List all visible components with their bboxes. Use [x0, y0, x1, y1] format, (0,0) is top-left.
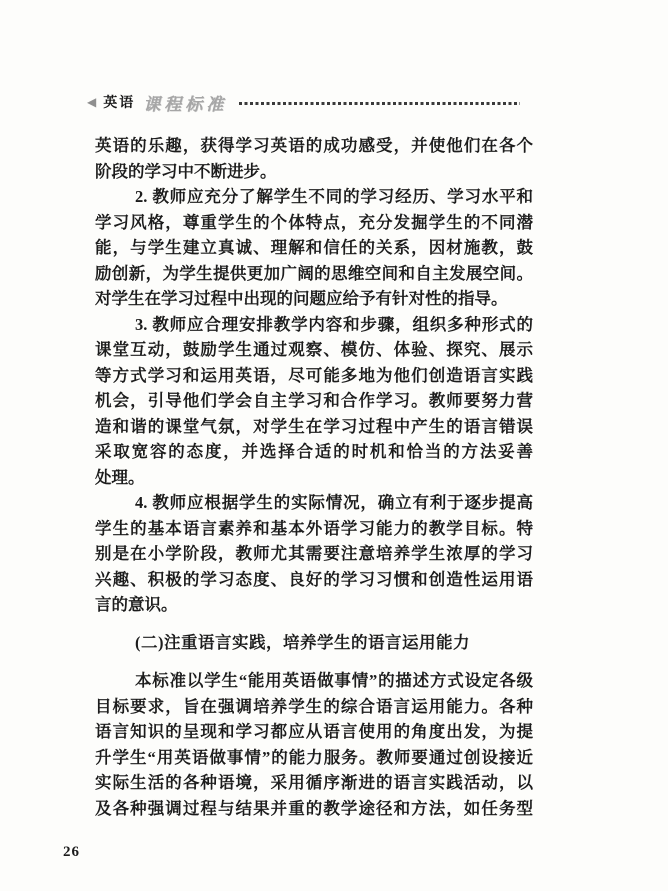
text-line: 实际生活的各种语境，采用循序渐进的语言实践活动，以 — [95, 770, 533, 796]
text-line: 本标准以学生“能用英语做事情”的描述方式设定各级 — [95, 668, 533, 694]
text-line: 语言知识的呈现和学习都应从语言使用的角度出发，为提 — [95, 719, 533, 745]
text-line: 阶段的学习中不断进步。 — [95, 159, 533, 185]
page-number: 26 — [63, 844, 80, 861]
text-line: 学习风格，尊重学生的个体特点，充分发掘学生的不同潜 — [95, 210, 533, 236]
text-line: 2. 教师应充分了解学生不同的学习经历、学习水平和 — [95, 184, 533, 210]
paragraph: 3. 教师应合理安排教学内容和步骤，组织多种形式的课堂互动，鼓励学生通过观察、模… — [95, 312, 533, 491]
text-line: 采取宽容的态度，并选择合适的时机和恰当的方法妥善 — [95, 439, 533, 465]
text-line: 励创新，为学生提供更加广阔的思维空间和自主发展空间。 — [95, 261, 533, 287]
text-line: 机会，引导他们学会自主学习和合作学习。教师要努力营 — [95, 388, 533, 414]
section-heading: (二)注重语言实践，培养学生的语言运用能力 — [95, 630, 533, 656]
text-line: 课堂互动，鼓励学生通过观察、模仿、体验、探究、展示 — [95, 337, 533, 363]
text-line: 兴趣、积极的学习态度、良好的学习习惯和创造性运用语 — [95, 567, 533, 593]
text-line: 等方式学习和运用英语，尽可能多地为他们创造语言实践 — [95, 363, 533, 389]
text-line: 言的意识。 — [95, 592, 533, 618]
content-area: 英语的乐趣，获得学习英语的成功感受，并使他们在各个阶段的学习中不断进步。2. 教… — [95, 133, 533, 821]
text-line: 及各种强调过程与结果并重的教学途径和方法，如任务型 — [95, 796, 533, 822]
left-triangle-icon: ◀ — [87, 96, 96, 108]
scanned-book-page: { "page": { "number": "26", "background"… — [0, 0, 668, 891]
text-line: 4. 教师应根据学生的实际情况，确立有利于逐步提高 — [95, 490, 533, 516]
text-line: 能，与学生建立真诚、理解和信任的关系，因材施教，鼓 — [95, 235, 533, 261]
text-line: 3. 教师应合理安排教学内容和步骤，组织多种形式的 — [95, 312, 533, 338]
text-line: 造和谐的课堂气氛，对学生在学习过程中产生的语言错误 — [95, 414, 533, 440]
text-line: 英语的乐趣，获得学习英语的成功感受，并使他们在各个 — [95, 133, 533, 159]
header-series-title: 课程标准 — [143, 90, 227, 115]
text-line: 升学生“用英语做事情”的能力服务。教师要通过创设接近 — [95, 745, 533, 771]
paragraph: 2. 教师应充分了解学生不同的学习经历、学习水平和学习风格，尊重学生的个体特点，… — [95, 184, 533, 312]
text-line: 目标要求，旨在强调培养学生的综合语言运用能力。各种 — [95, 694, 533, 720]
paragraph: 本标准以学生“能用英语做事情”的描述方式设定各级目标要求，旨在强调培养学生的综合… — [95, 668, 533, 821]
text-line: 别是在小学阶段，教师尤其需要注意培养学生浓厚的学习 — [95, 541, 533, 567]
header-dotted-divider — [239, 102, 520, 105]
paragraph: 英语的乐趣，获得学习英语的成功感受，并使他们在各个阶段的学习中不断进步。 — [95, 133, 533, 184]
paragraph: 4. 教师应根据学生的实际情况，确立有利于逐步提高学生的基本语言素养和基本外语学… — [95, 490, 533, 618]
text-line: 学生的基本语言素养和基本外语学习能力的教学目标。特 — [95, 516, 533, 542]
text-line: 处理。 — [95, 465, 533, 491]
page-header: ◀ 英语 课程标准 — [87, 92, 520, 112]
heading-line: (二)注重语言实践，培养学生的语言运用能力 — [95, 630, 533, 656]
text-line: 对学生在学习过程中出现的问题应给予有针对性的指导。 — [95, 286, 533, 312]
header-subject-label: 英语 — [103, 92, 135, 112]
